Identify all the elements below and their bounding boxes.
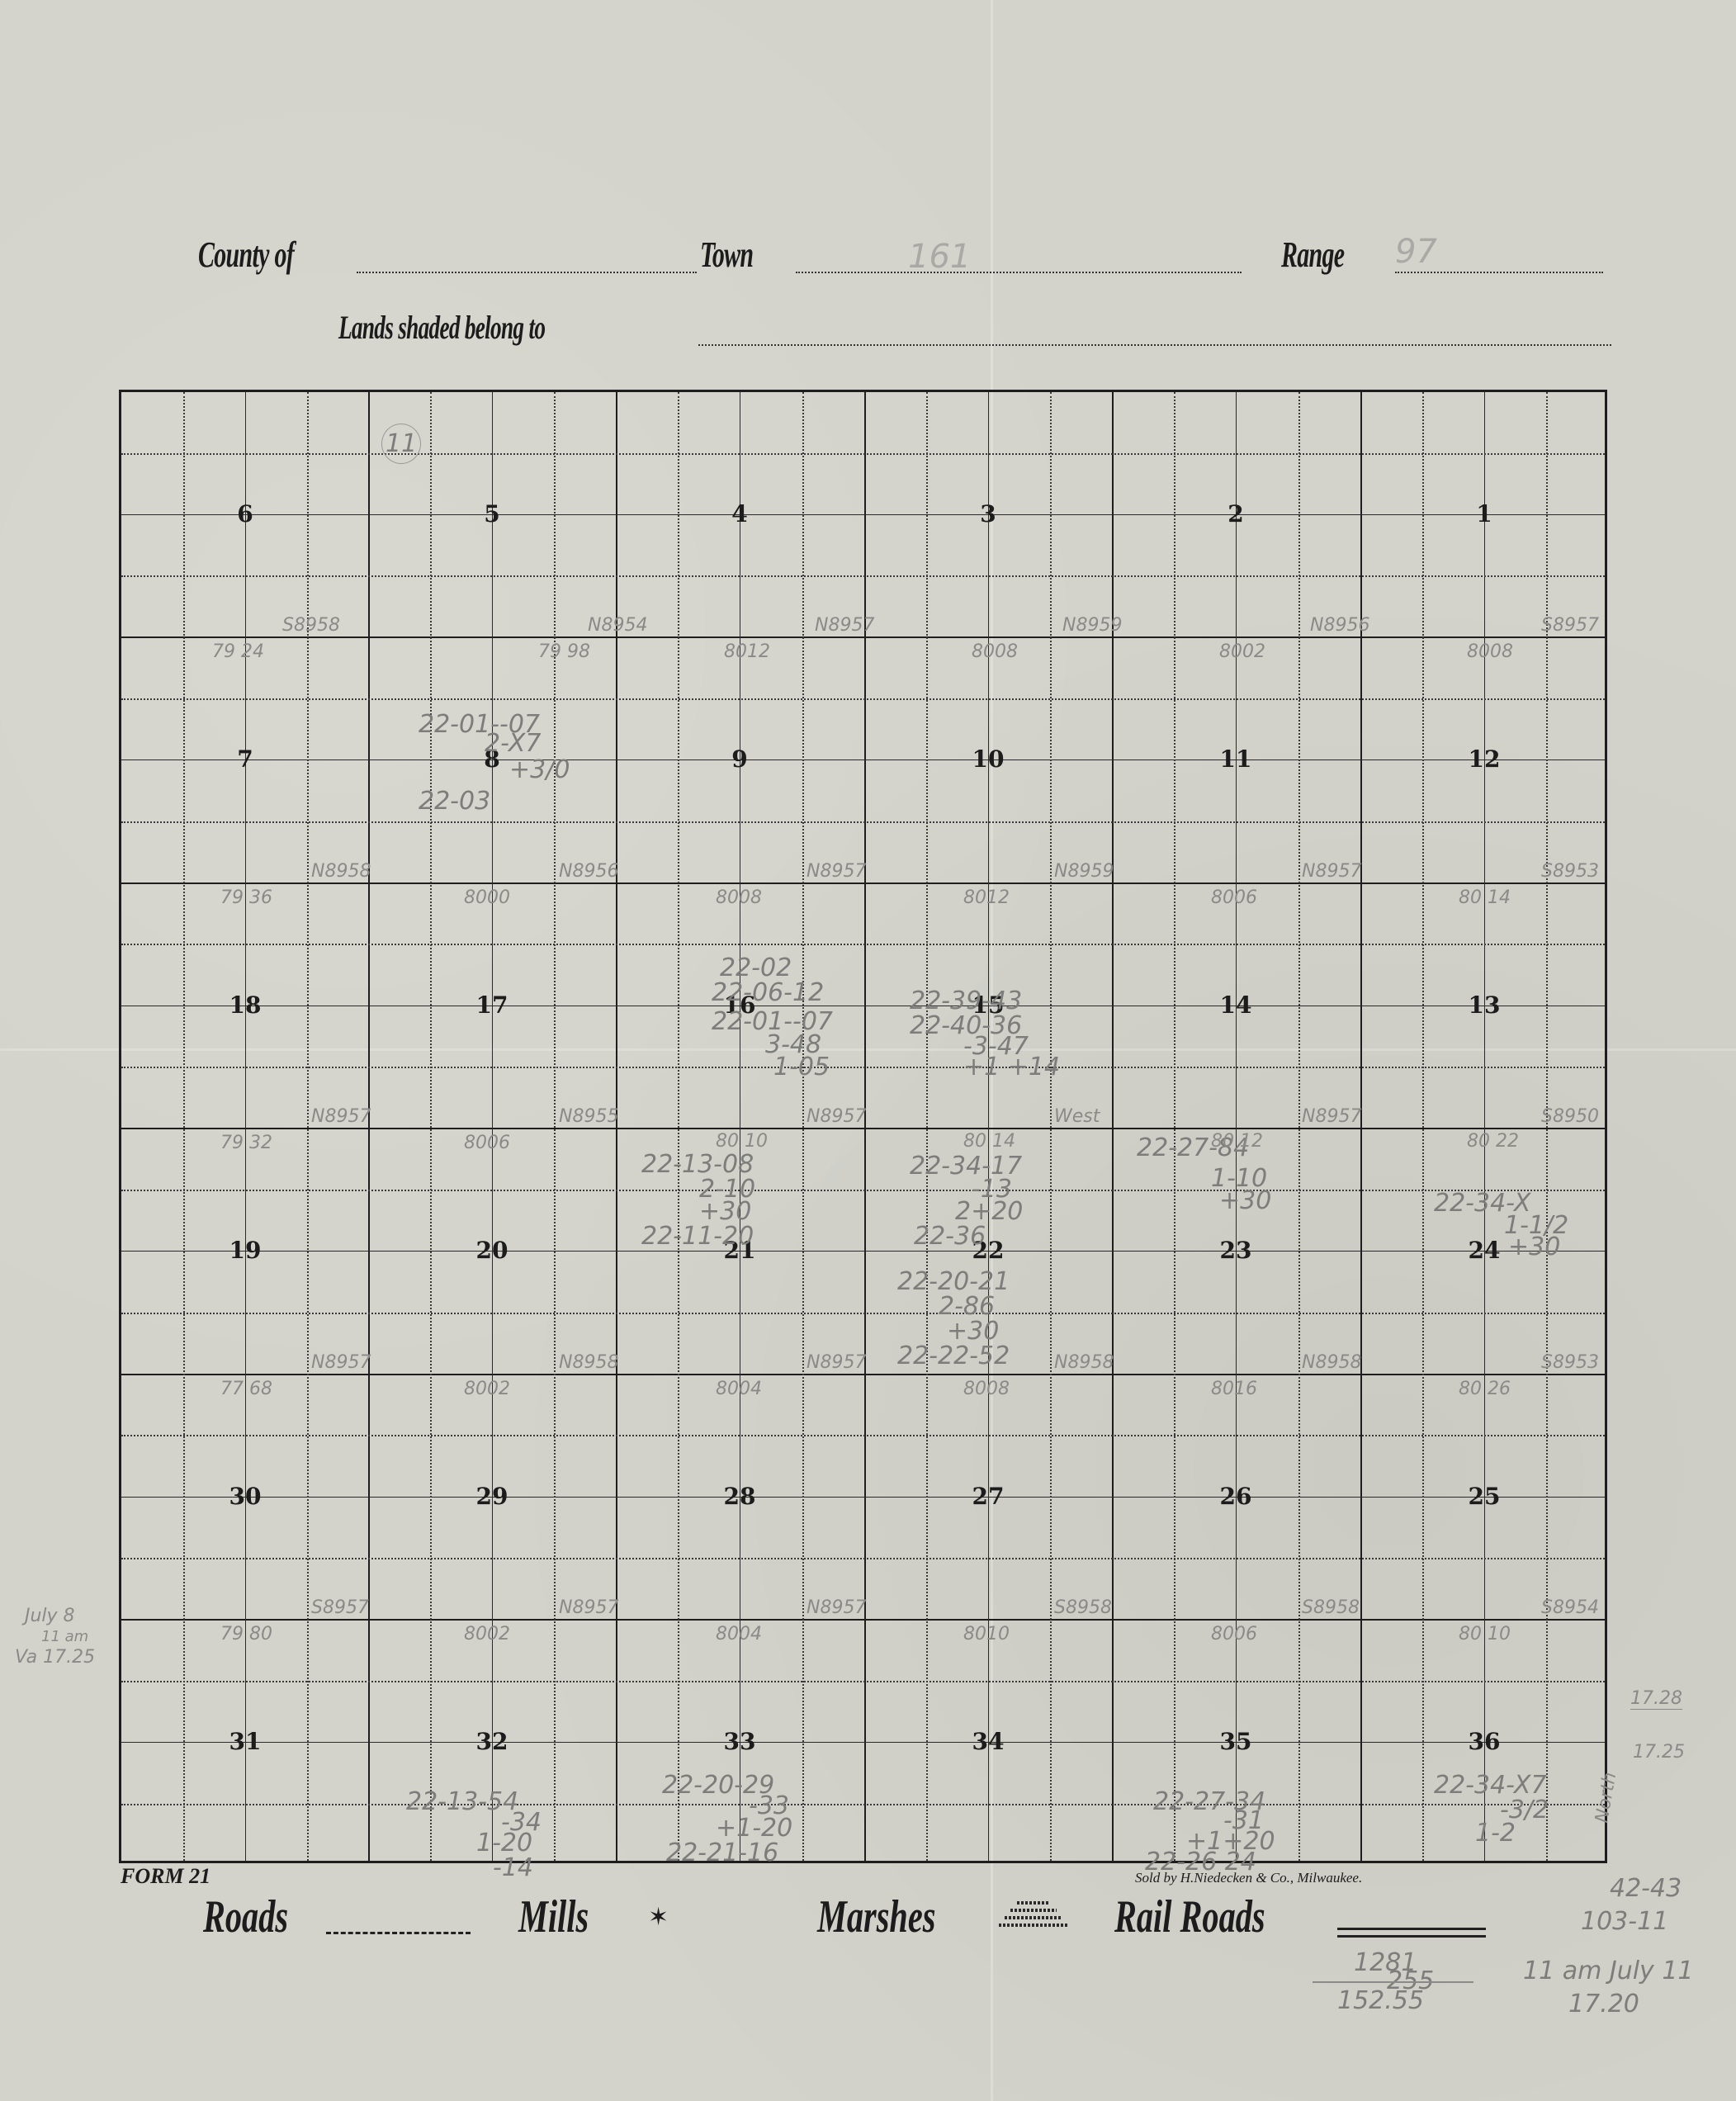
pencil-note: S8957 [311, 1597, 369, 1618]
quarter-line-v [802, 392, 804, 1861]
pencil-note: N8958 [1302, 1352, 1361, 1373]
pencil-note: 22-03 [419, 787, 490, 816]
form-number: FORM 21 [121, 1864, 210, 1889]
town-field[interactable] [796, 272, 1242, 273]
quarter-line-v [1298, 392, 1300, 1861]
quarter-line-h [121, 1435, 1605, 1436]
pencil-note: +30 [1508, 1233, 1560, 1261]
pencil-note: 42-43 [1610, 1874, 1682, 1903]
quarter-line-v [183, 392, 185, 1861]
pencil-note: N8954 [588, 615, 647, 636]
section-11[interactable]: 11 [1220, 748, 1252, 771]
quarter-line-h [121, 1804, 1605, 1805]
pencil-note: 79 32 [220, 1133, 272, 1153]
pencil-note: 103-11 [1581, 1907, 1668, 1936]
pencil-note: N8957 [559, 1597, 618, 1618]
pencil-note: N8957 [807, 1597, 866, 1618]
pencil-note: 8004 [716, 1624, 762, 1644]
railroad-line-icon [1337, 1928, 1486, 1938]
pencil-note: N8957 [815, 615, 874, 636]
pencil-note: N8956 [1310, 615, 1369, 636]
section-line-h4 [121, 1374, 1605, 1375]
pencil-note: N8957 [311, 1352, 371, 1373]
quarter-line-v [1050, 392, 1052, 1861]
pencil-note: 2-X7 [485, 729, 541, 758]
quarter-line-v [430, 392, 432, 1861]
pencil-note: 17.25 [1633, 1742, 1685, 1763]
pencil-note: 80 22 [1467, 1131, 1519, 1152]
pencil-note: 8004 [716, 1379, 762, 1399]
pencil-note: S8954 [1541, 1597, 1599, 1618]
township-grid: 6 5 4 3 2 1 7 8 9 10 11 12 18 17 16 15 1… [119, 390, 1607, 1863]
pencil-note: S8950 [1541, 1106, 1599, 1127]
pencil-note: N8955 [559, 1106, 618, 1127]
section-34[interactable]: 34 [972, 1730, 1005, 1753]
lands-shaded-label: Lands shaded belong to [338, 308, 545, 347]
pencil-note: N8957 [311, 1106, 371, 1127]
quarter-line-h [121, 698, 1605, 700]
section-32[interactable]: 32 [476, 1730, 509, 1753]
quarter-line-h [121, 944, 1605, 945]
pencil-note: 8008 [716, 887, 762, 908]
section-20[interactable]: 20 [476, 1239, 509, 1262]
range-value: 97 [1395, 233, 1437, 271]
pencil-note: 8012 [963, 887, 1010, 908]
town-value: 161 [908, 238, 971, 276]
pencil-note: 22-36 [914, 1222, 986, 1251]
pencil-note: N8957 [1302, 1106, 1361, 1127]
section-line-h2 [121, 883, 1605, 884]
pencil-note: 1-2 [1475, 1819, 1516, 1848]
half-line-h [121, 1497, 1605, 1498]
pencil-note: 79 98 [538, 641, 590, 662]
quarter-line-v [678, 392, 679, 1861]
pencil-note: 11 am [41, 1628, 88, 1645]
county-label: County of [198, 234, 294, 276]
pencil-note: 79 36 [220, 887, 272, 908]
half-line-h [121, 1742, 1605, 1743]
pencil-note: 80 14 [1459, 887, 1511, 908]
section-25[interactable]: 25 [1469, 1485, 1501, 1508]
quarter-line-h [121, 1067, 1605, 1068]
section-4[interactable]: 4 [731, 503, 747, 526]
section-2[interactable]: 2 [1227, 503, 1243, 526]
pencil-note: 8016 [1211, 1379, 1257, 1399]
pencil-note: N8959 [1062, 615, 1122, 636]
pencil-note: 80 26 [1459, 1379, 1511, 1399]
section-12[interactable]: 12 [1469, 748, 1501, 771]
pencil-note: July 8 [25, 1606, 75, 1626]
pencil-note: Va 17.25 [15, 1647, 95, 1668]
pencil-note: 80 12 [1211, 1131, 1263, 1152]
publisher-credit: Sold by H.Niedecken & Co., Milwaukee. [1135, 1870, 1362, 1886]
pencil-note: S8953 [1541, 1352, 1599, 1373]
section-17[interactable]: 17 [476, 994, 509, 1017]
section-9[interactable]: 9 [731, 748, 747, 771]
star-icon: ✶ [648, 1903, 669, 1932]
quarter-line-v [307, 392, 309, 1861]
quarter-line-h [121, 1190, 1605, 1191]
pencil-note: +1 +14 [963, 1053, 1060, 1081]
pencil-note: +30 [1219, 1186, 1271, 1215]
pencil-note: 22-22-52 [897, 1342, 1010, 1370]
pencil-note: 79 80 [220, 1624, 272, 1644]
pencil-note: 8002 [464, 1624, 510, 1644]
section-line-v4 [1112, 392, 1114, 1861]
section-28[interactable]: 28 [724, 1485, 756, 1508]
pencil-note: 22-06-12 [712, 978, 824, 1007]
section-line-h3 [121, 1128, 1605, 1129]
pencil-note: 152.55 [1337, 1986, 1424, 2015]
half-line-h [121, 1006, 1605, 1006]
pencil-note: N8957 [807, 1352, 866, 1373]
section-line-h5 [121, 1619, 1605, 1621]
section-5[interactable]: 5 [484, 503, 499, 526]
section-24[interactable]: 24 [1469, 1239, 1501, 1262]
quarter-line-v [554, 392, 556, 1861]
quarter-line-v [1422, 392, 1424, 1861]
section-18[interactable]: 18 [229, 994, 262, 1017]
county-field[interactable] [357, 272, 697, 273]
range-label: Range [1281, 234, 1344, 276]
pencil-note: 8008 [972, 641, 1018, 662]
legend-marshes-label: Marshes [817, 1890, 935, 1943]
section-29[interactable]: 29 [476, 1485, 509, 1508]
half-line-h [121, 514, 1605, 515]
quarter-line-h [121, 1558, 1605, 1559]
pencil-note: 11 am July 11 [1523, 1957, 1694, 1985]
circled-note-11: 11 [381, 424, 421, 464]
pencil-note: 8006 [464, 1133, 510, 1153]
pencil-note: N8958 [311, 861, 371, 882]
legend-railroads-label: Rail Roads [1114, 1890, 1265, 1943]
quarter-line-h [121, 1681, 1605, 1682]
range-field[interactable] [1395, 272, 1603, 273]
north-label: North [1592, 1771, 1620, 1824]
pencil-note: S8958 [282, 615, 340, 636]
pencil-note: 22-11-20 [641, 1222, 754, 1251]
quarter-line-h [121, 821, 1605, 823]
section-13[interactable]: 13 [1469, 994, 1501, 1017]
section-10[interactable]: 10 [972, 748, 1005, 771]
pencil-note: -14 [493, 1853, 533, 1882]
pencil-note: 8000 [464, 887, 510, 908]
pencil-note: 8002 [464, 1379, 510, 1399]
quarter-line-h [121, 1313, 1605, 1314]
pencil-note: N8958 [559, 1352, 618, 1373]
pencil-note: S8953 [1541, 861, 1599, 882]
pencil-note: 8010 [963, 1624, 1010, 1644]
pencil-note: 1-05 [773, 1053, 830, 1081]
section-33[interactable]: 33 [724, 1730, 756, 1753]
pencil-note: 8006 [1211, 1624, 1257, 1644]
section-27[interactable]: 27 [972, 1485, 1005, 1508]
pencil-note: N8956 [559, 861, 618, 882]
section-line-h1 [121, 636, 1605, 638]
section-30[interactable]: 30 [229, 1485, 262, 1508]
legend-roads-label: Roads [203, 1890, 288, 1943]
section-31[interactable]: 31 [229, 1730, 262, 1753]
section-14[interactable]: 14 [1220, 994, 1252, 1017]
section-6[interactable]: 6 [237, 503, 253, 526]
pencil-note: 80 10 [1459, 1624, 1511, 1644]
pencil-note: N8959 [1054, 861, 1114, 882]
pencil-note: S8957 [1541, 615, 1599, 636]
quarter-line-v [926, 392, 928, 1861]
pencil-note: 8008 [1467, 641, 1513, 662]
pencil-note: N8957 [807, 861, 866, 882]
section-23[interactable]: 23 [1220, 1239, 1252, 1262]
pencil-note: +3/0 [509, 755, 570, 784]
half-line-h [121, 759, 1605, 760]
section-1[interactable]: 1 [1476, 503, 1492, 526]
pencil-note: 8002 [1219, 641, 1265, 662]
pencil-note: 22-21-16 [666, 1838, 778, 1867]
town-label: Town [700, 234, 753, 276]
legend-mills-label: Mills [518, 1890, 589, 1943]
section-26[interactable]: 26 [1220, 1485, 1252, 1508]
pencil-note: 80 10 [716, 1131, 768, 1152]
section-7[interactable]: 7 [237, 748, 253, 771]
section-35[interactable]: 35 [1220, 1730, 1252, 1753]
marsh-icon [999, 1901, 1068, 1938]
quarter-line-h [121, 575, 1605, 577]
pencil-note: N8957 [807, 1106, 866, 1127]
pencil-note: 8012 [724, 641, 770, 662]
pencil-note: N8957 [1302, 861, 1361, 882]
pencil-note: 8006 [1211, 887, 1257, 908]
section-19[interactable]: 19 [229, 1239, 262, 1262]
half-line-h [121, 1251, 1605, 1252]
pencil-note: 8008 [963, 1379, 1010, 1399]
quarter-line-h [121, 453, 1605, 455]
pencil-note: N8958 [1054, 1352, 1114, 1373]
pencil-note: 77 68 [220, 1379, 272, 1399]
quarter-line-v [1174, 392, 1175, 1861]
pencil-note: S8958 [1054, 1597, 1112, 1618]
pencil-note: 17.20 [1568, 1990, 1639, 2018]
section-36[interactable]: 36 [1469, 1730, 1501, 1753]
pencil-note: 80 14 [963, 1131, 1015, 1152]
road-line-icon [326, 1932, 471, 1934]
pencil-note: West [1054, 1106, 1100, 1127]
pencil-note: 79 24 [212, 641, 264, 662]
section-3[interactable]: 3 [980, 503, 996, 526]
pencil-note: S8958 [1302, 1597, 1360, 1618]
pencil-note: 17.28 [1630, 1688, 1682, 1710]
lands-shaded-field[interactable] [698, 344, 1611, 346]
